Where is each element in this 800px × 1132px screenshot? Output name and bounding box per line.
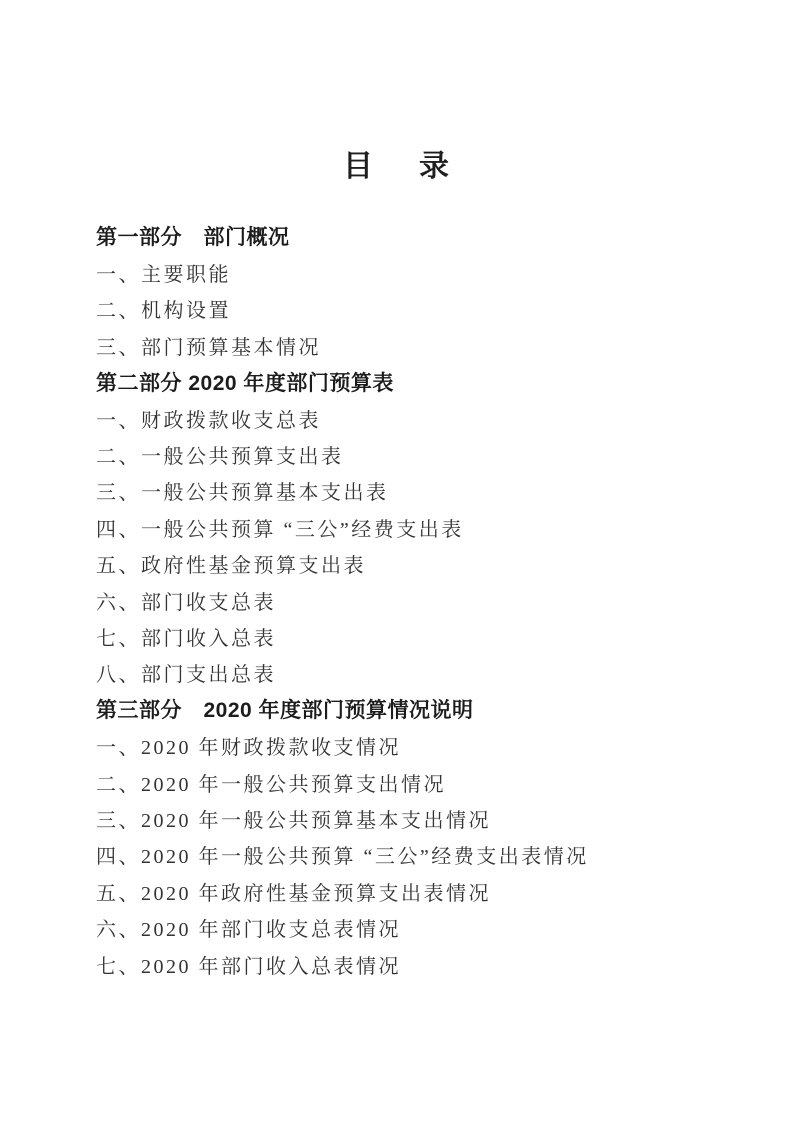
toc-entry: 二、机构设置 [96,291,760,327]
toc-entry: 四、一般公共预算 “三公”经费支出表 [96,509,760,545]
toc-entry: 六、部门收支总表 [96,582,760,618]
toc-entry: 七、部门收入总表 [96,618,760,654]
toc-section-heading-3: 第三部分 2020 年度部门预算情况说明 [96,691,760,727]
toc-section-heading-1: 第一部分 部门概况 [96,218,760,254]
toc-entry: 三、部门预算基本情况 [96,327,760,363]
toc-entry: 一、2020 年财政拨款收支情况 [96,727,760,763]
toc-entry: 五、2020 年政府性基金预算支出表情况 [96,873,760,909]
table-of-contents: 第一部分 部门概况 一、主要职能 二、机构设置 三、部门预算基本情况 第二部分 … [96,218,760,982]
toc-section-heading-2: 第二部分 2020 年度部门预算表 [96,364,760,400]
toc-entry: 七、2020 年部门收入总表情况 [96,946,760,982]
toc-entry: 八、部门支出总表 [96,655,760,691]
toc-entry: 四、2020 年一般公共预算 “三公”经费支出表情况 [96,837,760,873]
document-page: 目 录 第一部分 部门概况 一、主要职能 二、机构设置 三、部门预算基本情况 第… [0,0,800,1132]
toc-entry: 三、2020 年一般公共预算基本支出情况 [96,800,760,836]
toc-entry: 一、财政拨款收支总表 [96,400,760,436]
page-title: 目 录 [0,141,800,185]
toc-entry: 二、2020 年一般公共预算支出情况 [96,764,760,800]
toc-entry: 一、主要职能 [96,254,760,290]
toc-entry: 五、政府性基金预算支出表 [96,546,760,582]
toc-entry: 二、一般公共预算支出表 [96,436,760,472]
toc-entry: 六、2020 年部门收支总表情况 [96,909,760,945]
toc-entry: 三、一般公共预算基本支出表 [96,473,760,509]
